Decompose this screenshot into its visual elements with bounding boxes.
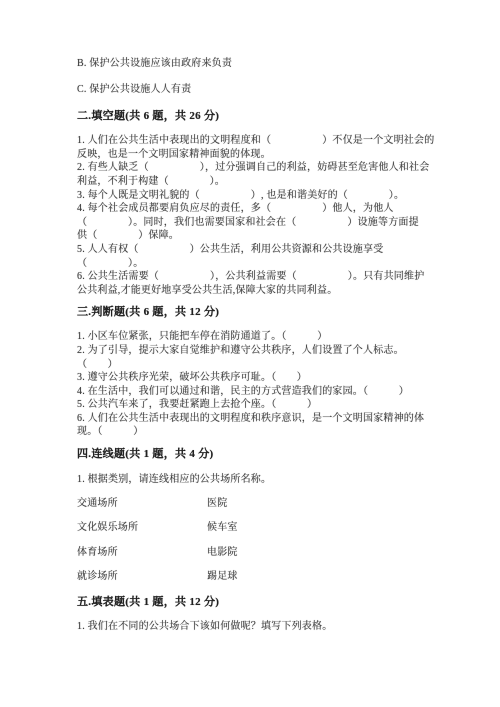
fill-item-1-line-2: 反映，也是一个文明国家精神面貌的体现。 [77, 148, 424, 162]
judgment-item: 6. 人们在公共生活中表现出的文明程度和秩序意识，是一个文明国家精神的体 现。（… [77, 412, 424, 439]
judge-item-3-line-1: 3. 遵守公共秩序光荣，破坏公共秩序可耻。（ ） [77, 371, 424, 385]
judge-item-5-line-1: 5. 公共汽车来了，我要赶紧跑上去抢个座。（ ） [77, 398, 424, 412]
match-left-label: 体育场所 [77, 546, 207, 560]
match-left-label: 交通场所 [77, 497, 207, 511]
fill-blank-item: 2. 有些人缺乏（ ），过分强调自己的利益，妨碍甚至危害他人和社会 利益，不利于… [77, 161, 424, 188]
section-title-matching: 四.连线题(共 1 题，共 4 分) [77, 447, 424, 461]
matching-table: 交通场所 医院 文化娱乐场所 候车室 体育场所 电影院 就诊场所 踢足球 [77, 497, 424, 584]
fill-blank-item: 4. 每个社会成员都要肩负应尽的责任，多（ ）他人，为他人 （ ）。同时，我们也… [77, 202, 424, 243]
section-title-fill-table: 五.填表题(共 1 题，共 12 分) [77, 595, 424, 609]
match-row: 就诊场所 踢足球 [77, 570, 424, 584]
judgment-item: 5. 公共汽车来了，我要赶紧跑上去抢个座。（ ） [77, 398, 424, 412]
judgment-item: 4. 在生活中，我们可以通过和谐，民主的方式营造我们的家园。（ ） [77, 385, 424, 399]
match-right-label: 候车室 [207, 521, 424, 535]
match-row: 交通场所 医院 [77, 497, 424, 511]
match-row: 文化娱乐场所 候车室 [77, 521, 424, 535]
fill-item-5-line-1: 5. 人人有权（ ）公共生活，利用公共资源和公共设施享受 [77, 243, 424, 257]
judgment-item: 3. 遵守公共秩序光荣，破坏公共秩序可耻。（ ） [77, 371, 424, 385]
judge-item-6-line-2: 现。（ ） [77, 425, 424, 439]
fill-item-4-line-1: 4. 每个社会成员都要肩负应尽的责任，多（ ）他人，为他人 [77, 202, 424, 216]
choice-option-b: B. 保护公共设施应该由政府来负责 [77, 57, 424, 71]
matching-intro: 1. 根据类别，请连线相应的公共场所名称。 [77, 473, 424, 487]
fill-blank-item: 6. 公共生活需要（ ），公共利益需要（ ）。只有共同维护 公共利益,才能更好地… [77, 270, 424, 297]
match-left-label: 文化娱乐场所 [77, 521, 207, 535]
match-left-label: 就诊场所 [77, 570, 207, 584]
fill-item-5-line-2: （ ）。 [77, 257, 424, 271]
judgment-item: 1. 小区车位紧张，只能把车停在消防通道了。（ ） [77, 330, 424, 344]
section-title-judgment: 三.判断题(共 6 题，共 12 分) [77, 305, 424, 319]
fill-table-intro: 1. 我们在不同的公共场合下该如何做呢？填写下列表格。 [77, 620, 424, 634]
fill-item-6-line-2: 公共利益,才能更好地享受公共生活,保障大家的共同利益。 [77, 284, 424, 298]
fill-item-2-line-2: 利益，不利于构建（ ）。 [77, 175, 424, 189]
match-row: 体育场所 电影院 [77, 546, 424, 560]
match-right-label: 医院 [207, 497, 424, 511]
judgment-item: 2. 为了引导，提示大家自觉维护和遵守公共秩序，人们设置了个人标志。 （ ） [77, 344, 424, 371]
judge-item-1-line-1: 1. 小区车位紧张，只能把车停在消防通道了。（ ） [77, 330, 424, 344]
fill-item-2-line-1: 2. 有些人缺乏（ ），过分强调自己的利益，妨碍甚至危害他人和社会 [77, 161, 424, 175]
fill-item-4-line-2: （ ）。同时，我们也需要国家和社会在（ ）设施等方面提 [77, 216, 424, 230]
fill-blank-item: 3. 每个人既是文明礼貌的（ ）, 也是和谐美好的（ ）。 [77, 189, 424, 203]
fill-item-3-line-1: 3. 每个人既是文明礼貌的（ ）, 也是和谐美好的（ ）。 [77, 189, 424, 203]
match-right-label: 踢足球 [207, 570, 424, 584]
fill-item-4-line-3: 供（ ）保障。 [77, 229, 424, 243]
judge-item-2-line-2: （ ） [77, 358, 424, 372]
fill-item-6-line-1: 6. 公共生活需要（ ），公共利益需要（ ）。只有共同维护 [77, 270, 424, 284]
fill-blank-item: 1. 人们在公共生活中表现出的文明程度和（ ）不仅是一个文明社会的 反映，也是一… [77, 134, 424, 161]
match-right-label: 电影院 [207, 546, 424, 560]
judge-item-6-line-1: 6. 人们在公共生活中表现出的文明程度和秩序意识，是一个文明国家精神的体 [77, 412, 424, 426]
fill-item-1-line-1: 1. 人们在公共生活中表现出的文明程度和（ ）不仅是一个文明社会的 [77, 134, 424, 148]
exam-page: B. 保护公共设施应该由政府来负责 C. 保护公共设施人人有责 二.填空题(共 … [0, 0, 500, 707]
choice-option-c: C. 保护公共设施人人有责 [77, 83, 424, 97]
fill-blank-item: 5. 人人有权（ ）公共生活，利用公共资源和公共设施享受 （ ）。 [77, 243, 424, 270]
judge-item-4-line-1: 4. 在生活中，我们可以通过和谐，民主的方式营造我们的家园。（ ） [77, 385, 424, 399]
judge-item-2-line-1: 2. 为了引导，提示大家自觉维护和遵守公共秩序，人们设置了个人标志。 [77, 344, 424, 358]
section-title-fill-blanks: 二.填空题(共 6 题，共 26 分) [77, 109, 424, 123]
